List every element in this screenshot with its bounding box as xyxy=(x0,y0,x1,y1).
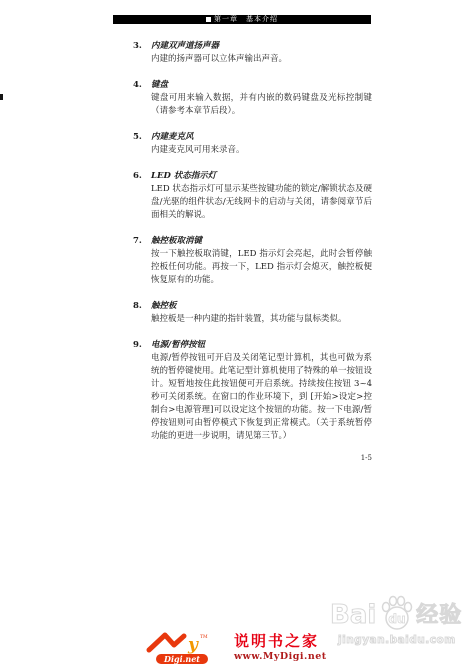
page-number: 1-5 xyxy=(133,454,372,463)
baidu-jingyan: 经验 xyxy=(416,600,462,631)
baidu-bai: Bai xyxy=(330,599,376,631)
item-title: 键盘 xyxy=(151,79,372,92)
mydigi-tm: TM xyxy=(200,634,208,640)
item-number: 6. xyxy=(133,170,151,222)
site-name: 说明书之家 xyxy=(234,633,327,650)
item-title: 电源/暂停按钮 xyxy=(151,339,372,352)
chapter-header-bar: 第一章 基本介绍 xyxy=(113,15,371,24)
mydigi-pill: Digi.net xyxy=(163,654,200,664)
mydigi-mark: y TM Digi.net xyxy=(146,629,228,665)
baidu-url: jingyan.baidu.com xyxy=(330,634,462,646)
list-item: 5. 内建麦克风 内建麦克风可用来录音。 xyxy=(133,131,372,157)
mydigi-text: 说明书之家 www.MyDigi.net xyxy=(234,633,327,662)
item-body: 内建麦克风可用来录音。 xyxy=(151,144,372,157)
item-title: 内建麦克风 xyxy=(151,131,372,144)
document-page: 第一章 基本介绍 3. 内建双声道扬声器 内建的扬声器可以立体声输出声音。 4.… xyxy=(0,0,474,670)
mydigi-logo: y TM Digi.net 说明书之家 www.MyDigi.net xyxy=(146,629,327,665)
site-url: www.MyDigi.net xyxy=(234,651,327,662)
item-number: 4. xyxy=(133,79,151,118)
baidu-watermark: Bai du 经验 jingyan.baidu.com xyxy=(330,597,462,646)
item-title: 触控板取消键 xyxy=(151,235,372,248)
mydigi-y: y xyxy=(187,635,199,655)
item-body: 键盘可用来输入数据，并有内嵌的数码键盘及光标控制键（请参考本章节后段）。 xyxy=(151,92,372,118)
paw-icon: du xyxy=(378,595,414,631)
item-number: 7. xyxy=(133,235,151,287)
scan-artifact xyxy=(0,94,3,100)
item-number: 5. xyxy=(133,131,151,157)
item-number: 3. xyxy=(133,40,151,66)
item-title: 触控板 xyxy=(151,300,372,313)
list-item: 3. 内建双声道扬声器 内建的扬声器可以立体声输出声音。 xyxy=(133,40,372,66)
list-item: 6. LED 状态指示灯 LED 状态指示灯可显示某些按键功能的锁定/解锁状态及… xyxy=(133,170,372,222)
item-body: LED 状态指示灯可显示某些按键功能的锁定/解锁状态及硬盘/光驱的组件状态/无线… xyxy=(151,183,372,222)
item-title: 内建双声道扬声器 xyxy=(151,40,372,53)
item-body: 触控板是一种内建的指针装置，其功能与鼠标类似。 xyxy=(151,313,372,326)
chapter-title: 第一章 基本介绍 xyxy=(214,15,278,24)
baidu-du: du xyxy=(389,612,406,626)
item-body: 电源/暂停按钮可开启及关闭笔记型计算机，其也可做为系统的暂停键使用。此笔记型计算… xyxy=(151,352,372,443)
header-square-icon xyxy=(206,17,211,22)
item-number: 9. xyxy=(133,339,151,443)
list-item: 9. 电源/暂停按钮 电源/暂停按钮可开启及关闭笔记型计算机，其也可做为系统的暂… xyxy=(133,339,372,443)
mydigi-swoosh-icon: y TM Digi.net xyxy=(146,629,228,665)
item-number: 8. xyxy=(133,300,151,326)
list-item: 7. 触控板取消键 按一下触控板取消键，LED 指示灯会亮起，此时会暂停触控板任… xyxy=(133,235,372,287)
list-item: 8. 触控板 触控板是一种内建的指针装置，其功能与鼠标类似。 xyxy=(133,300,372,326)
item-body: 内建的扬声器可以立体声输出声音。 xyxy=(151,53,372,66)
item-title: LED 状态指示灯 xyxy=(151,170,372,183)
item-body: 按一下触控板取消键，LED 指示灯会亮起，此时会暂停触控板任何功能。再按一下，L… xyxy=(151,248,372,287)
list-item: 4. 键盘 键盘可用来输入数据，并有内嵌的数码键盘及光标控制键（请参考本章节后段… xyxy=(133,79,372,118)
swoosh-path xyxy=(149,635,184,650)
content-list: 3. 内建双声道扬声器 内建的扬声器可以立体声输出声音。 4. 键盘 键盘可用来… xyxy=(133,40,372,463)
baidu-logo-row: Bai du 经验 xyxy=(330,597,462,631)
